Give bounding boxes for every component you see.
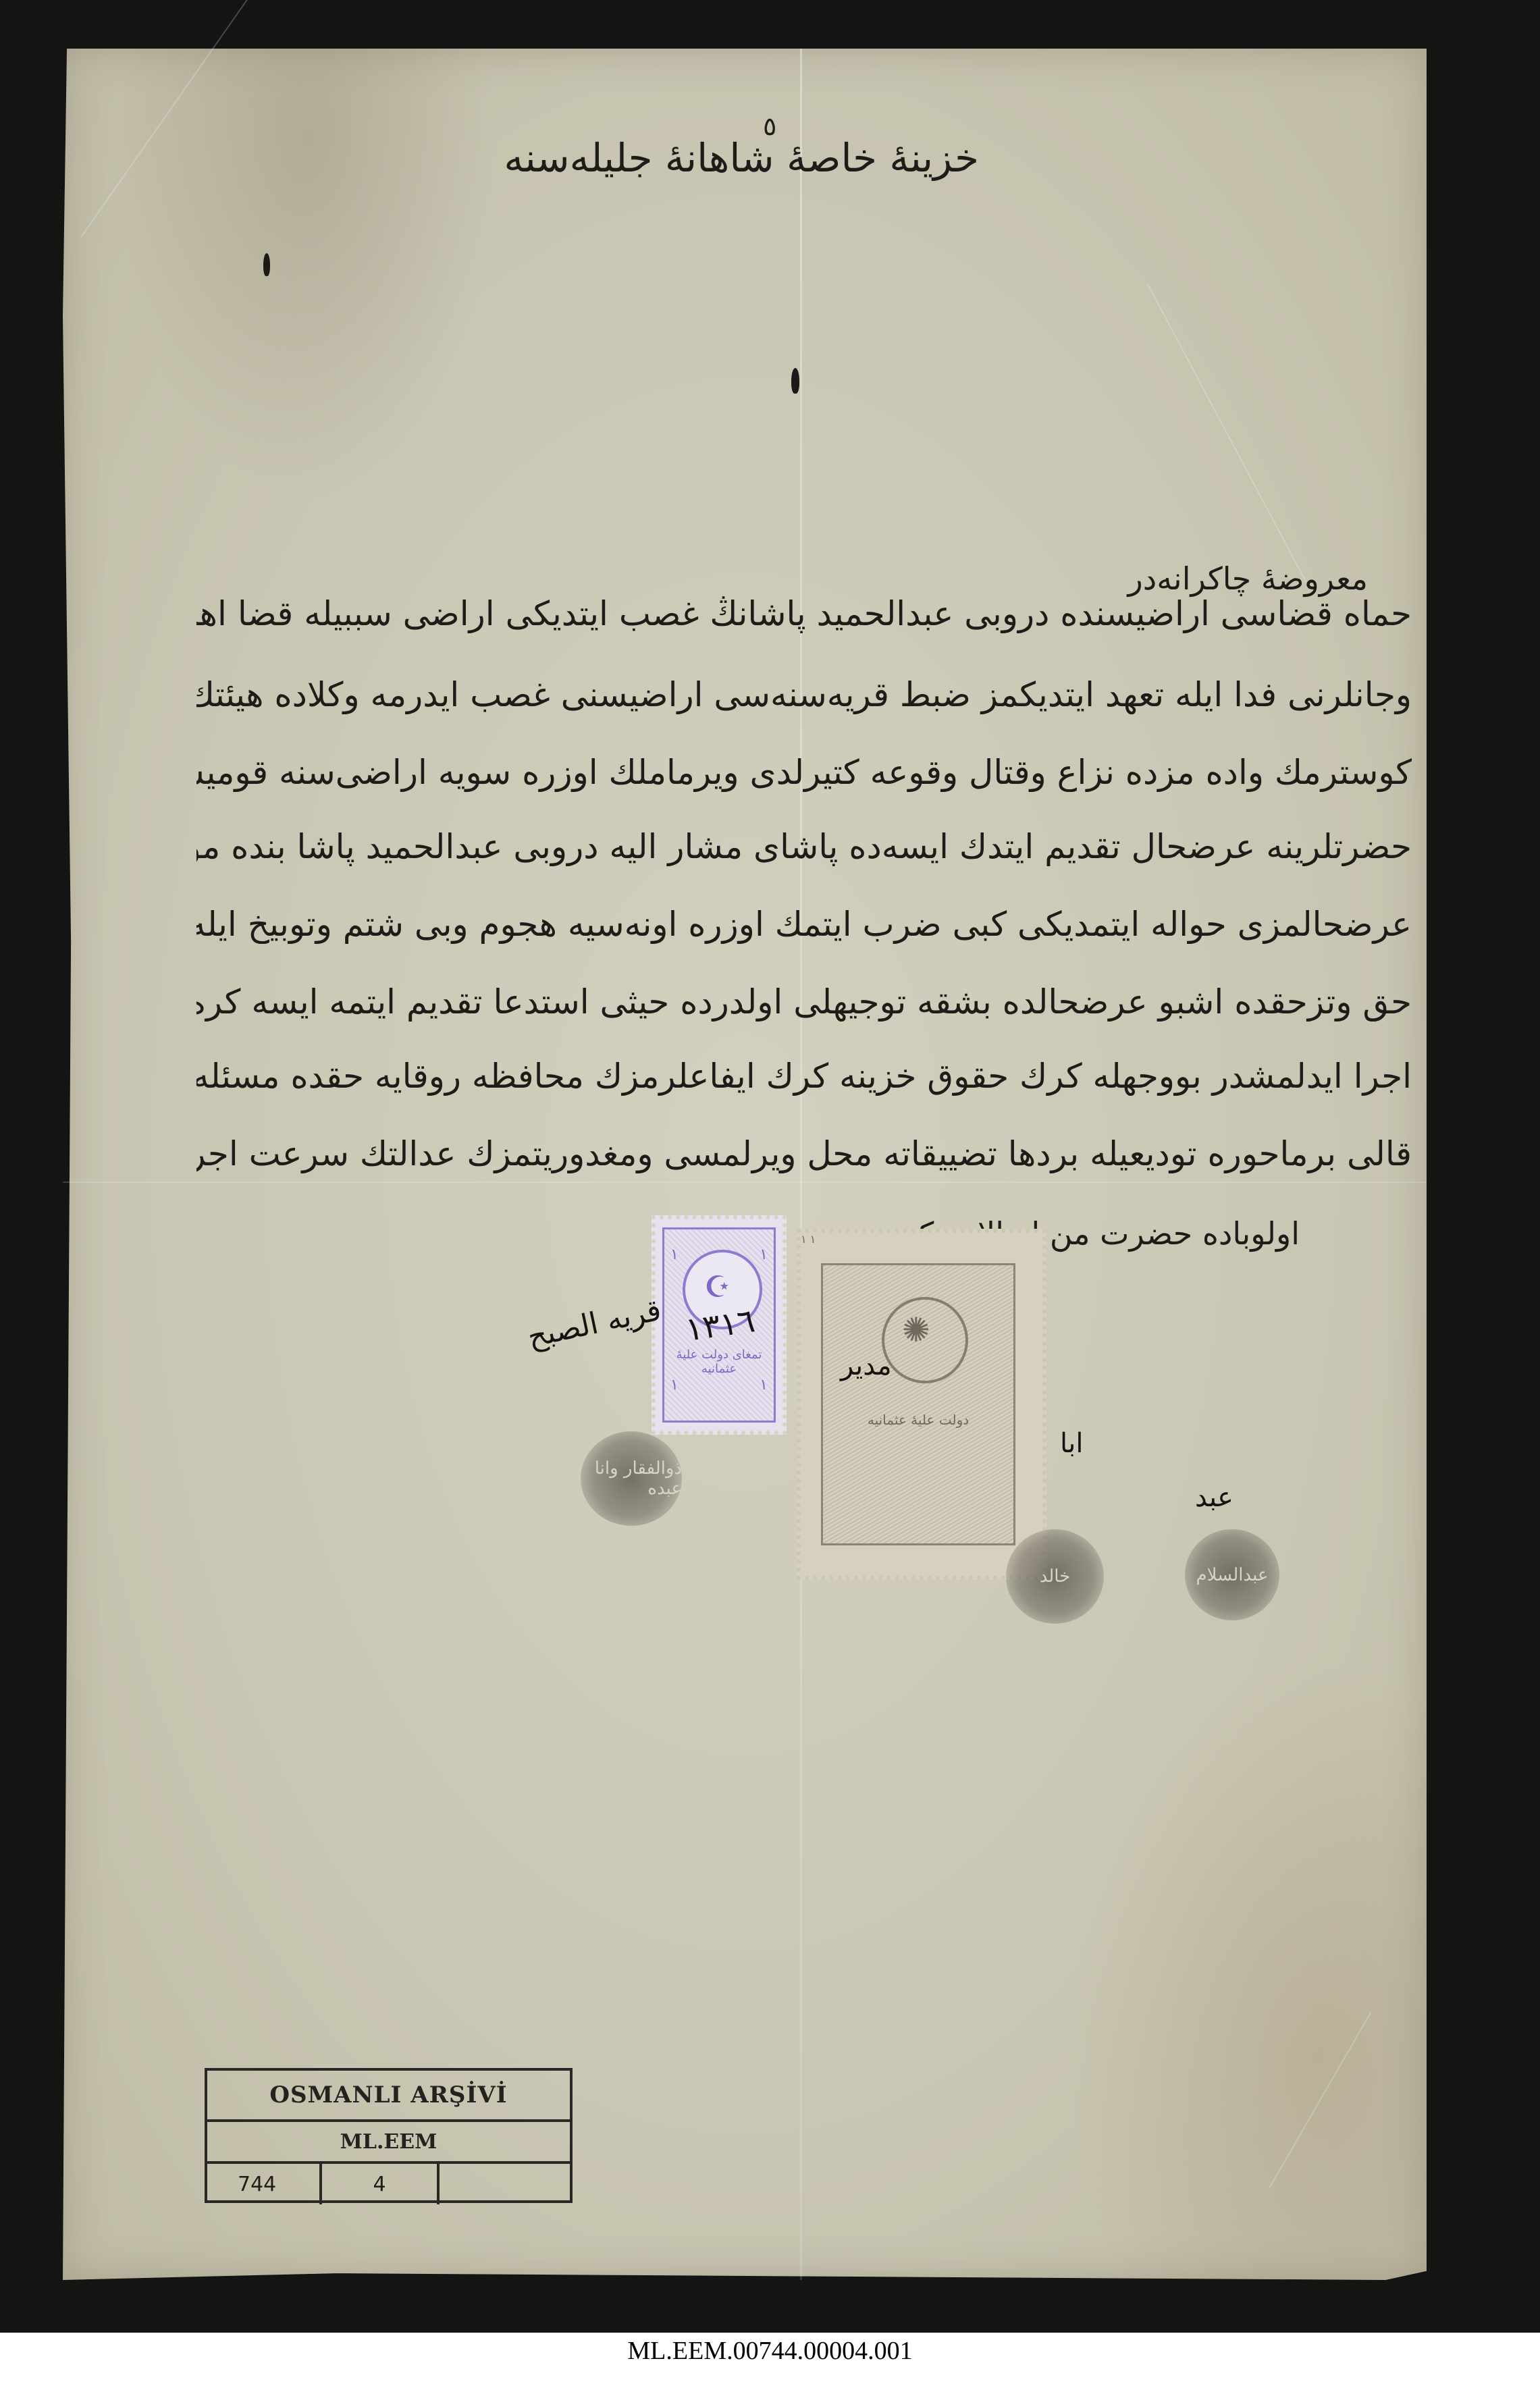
- stamp-value: ١: [810, 1233, 816, 1246]
- stamp-value: ١: [760, 1377, 768, 1394]
- signature-annotation: عبد: [1195, 1482, 1233, 1513]
- ink-mark: [791, 368, 799, 394]
- stamp-value: ١: [670, 1377, 679, 1394]
- tughra-icon: ☪: [704, 1270, 731, 1304]
- archive-label: OSMANLI ARŞİVİ ML.EEM 744 4: [205, 2068, 573, 2203]
- seal-inscription: عبدالسلام: [1196, 1565, 1269, 1585]
- document-header: خزينهٔ خاصهٔ شاهانهٔ جليله‌سنه: [547, 135, 979, 181]
- archive-institution: OSMANLI ARŞİVİ: [207, 2071, 570, 2122]
- archive-extra-cell: [440, 2164, 570, 2204]
- ink-seal-center: خالد: [1006, 1529, 1104, 1624]
- stamp-value: ١: [801, 1233, 807, 1246]
- ink-mark: [263, 253, 270, 276]
- coat-of-arms-icon: ✺: [902, 1310, 930, 1350]
- horizontal-fold-line: [63, 1182, 1427, 1183]
- body-text-line: عرضحالمزى حواله ايتمديكى كبى ضرب ايتمك ا…: [196, 905, 1412, 944]
- stamp-legend: تمغاى دولت عليهٔ عثمانيه: [669, 1348, 769, 1376]
- archive-dossier-number: 744: [207, 2164, 322, 2204]
- revenue-stamp-grey: ✺ دولت عليهٔ عثمانيه ١ ١: [797, 1229, 1046, 1580]
- archive-fond: ML.EEM: [207, 2122, 570, 2164]
- seal-inscription: خالد: [1040, 1566, 1071, 1587]
- addressee-line: معروضهٔ چاكرانه‌در: [1128, 560, 1368, 597]
- stamp-legend: دولت عليهٔ عثمانيه: [841, 1412, 995, 1428]
- body-text-line: حماه قضاسى اراضيسنده دروبى عبدالحميد پاش…: [196, 594, 1412, 633]
- body-text-line: كوسترمك واده مزده نزاع وقتال وقوعه كتيرل…: [196, 753, 1412, 792]
- stamp-value: ١: [760, 1246, 768, 1263]
- archive-catalog-row: 744 4: [207, 2164, 570, 2204]
- body-text-line: حضرتلرينه عرضحال تقديم ايتدك ايسه‌ده پاش…: [196, 827, 1412, 866]
- body-text-line: حق وتزحقده اشبو عرضحالده بشقه توجيهلى او…: [196, 982, 1412, 1021]
- seal-inscription: ذوالفقار وانا عبده: [581, 1458, 682, 1499]
- body-text-line: اجرا ايدلمشدر بووجهله كرك حقوق خزينه كرك…: [196, 1057, 1412, 1096]
- stamp-cancellation-note: مدير: [841, 1350, 892, 1381]
- body-text-line: قالى برماحوره توديعيله بردها تضييقاته مح…: [196, 1134, 1412, 1173]
- archive-shirt-number: 4: [322, 2164, 440, 2204]
- catalog-reference-number: ML.EEM.00744.00004.001: [0, 2336, 1540, 2366]
- stamp-value: ١: [670, 1246, 679, 1263]
- ink-seal-right: عبدالسلام: [1185, 1529, 1279, 1620]
- signature-annotation: ابا: [1060, 1428, 1083, 1459]
- ink-seal-left: ذوالفقار وانا عبده: [581, 1431, 682, 1526]
- body-text-line: وجانلرنى فدا ايله تعهد ايتديكمز ضبط قريه…: [196, 675, 1412, 714]
